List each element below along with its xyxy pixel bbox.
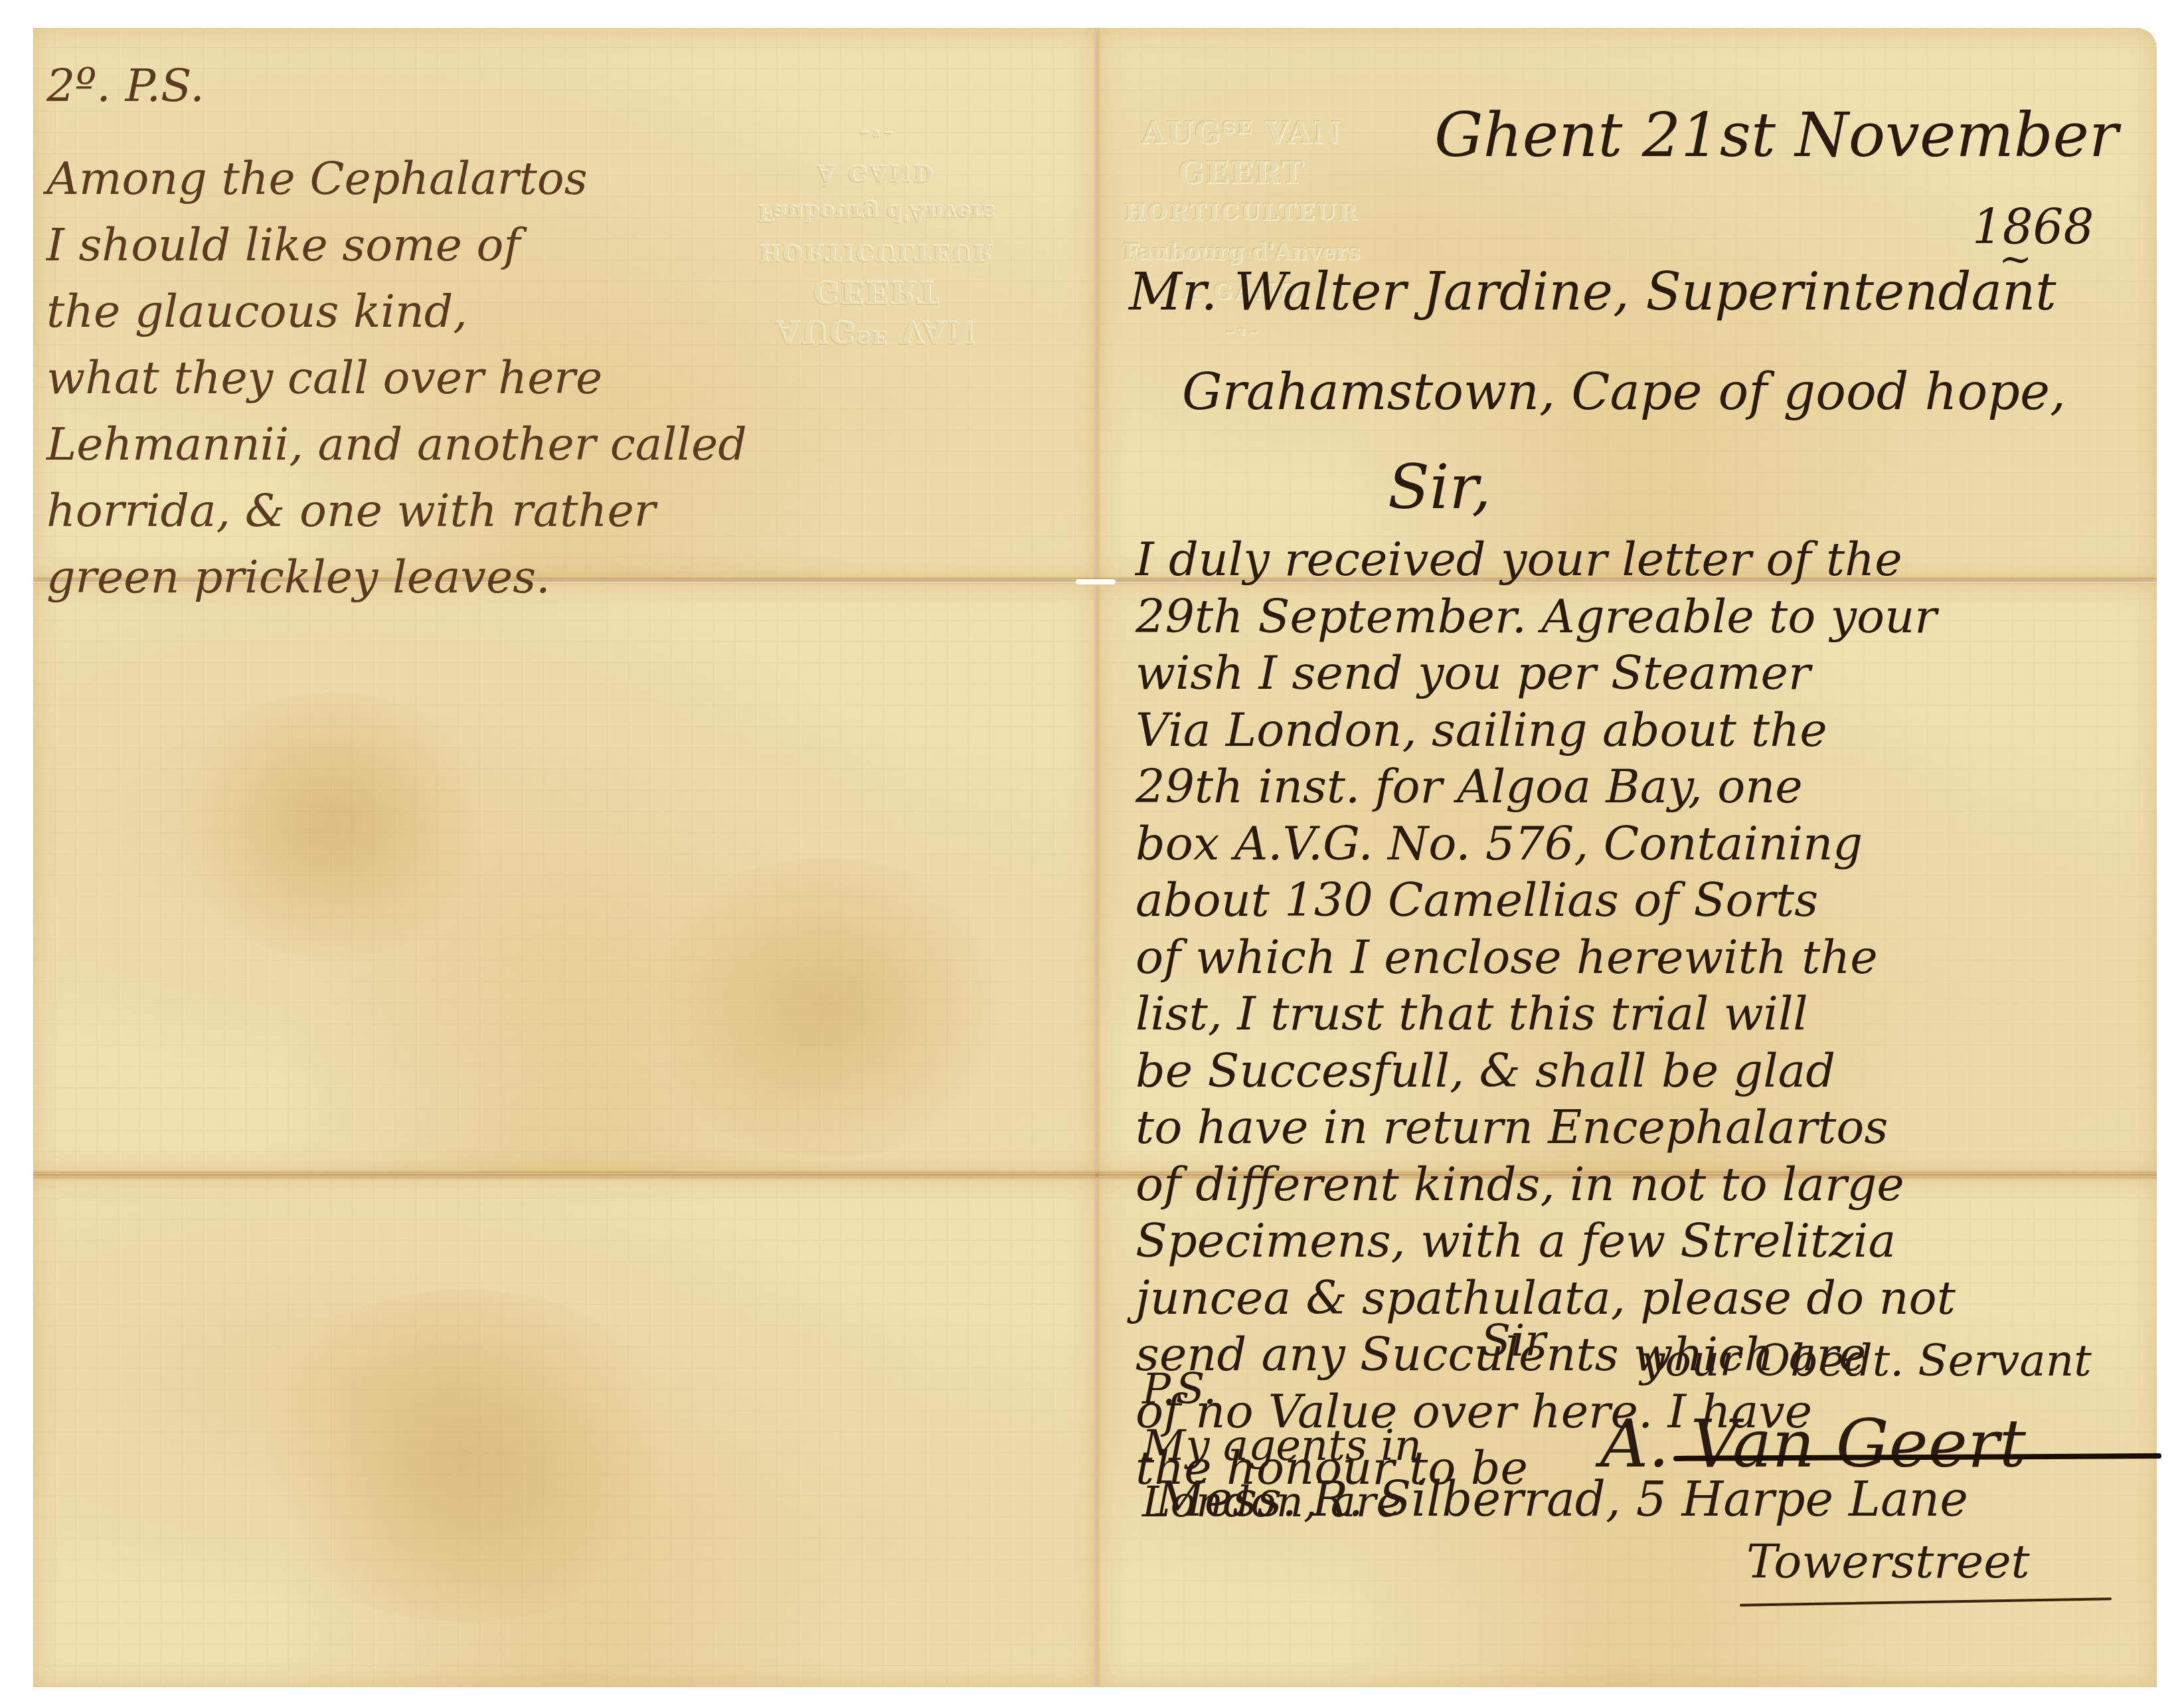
agent-street: Towerstreet <box>1746 1534 2030 1589</box>
postscript-line: the glaucous kind, <box>46 279 747 345</box>
body-line: 29th inst. for Algoa Bay, one <box>1135 759 1956 816</box>
body-line: be Succesfull, & shall be glad <box>1135 1043 1956 1100</box>
fold-tear <box>1076 579 1116 584</box>
letterhead-profession-reverse: HORTICULTEUR <box>744 232 1009 272</box>
body-line: wish I send you per Steamer <box>1135 645 1956 702</box>
postscript-line: what they call over here <box>46 345 747 412</box>
postscript-line: green prickley leaves. <box>46 545 747 611</box>
closing-phrase: your Obedt. Servant <box>1640 1335 2092 1386</box>
body-line: of different kinds, in not to large <box>1135 1156 1956 1213</box>
body-line: list, I trust that this trial will <box>1135 986 1956 1043</box>
foxing-stain <box>166 692 498 958</box>
postscript-heading: 2º. P.S. <box>46 53 747 120</box>
agent-name-address: Mess. R. Silberrad, 5 Harpe Lane <box>1155 1471 1968 1527</box>
second-postscript: 2º. P.S. Among the Cephalartos I should … <box>46 53 747 611</box>
vertical-fold-crease <box>1094 28 1100 1687</box>
year: 1868 <box>1972 199 2094 255</box>
addressee-location: Grahamstown, Cape of good hope, <box>1182 362 2066 421</box>
postscript-line: horrida, & one with rather <box>46 478 747 545</box>
letterhead-profession: HORTICULTEUR <box>1109 193 1375 232</box>
foxing-stain <box>232 1290 697 1622</box>
salutation: Sir, <box>1388 452 1491 523</box>
postscript-line: Among the Cephalartos <box>46 146 747 213</box>
body-line: Specimens, with a few Strelitzia <box>1135 1213 1956 1270</box>
body-line: of which I enclose herewith the <box>1135 929 1956 986</box>
spacer <box>46 120 747 146</box>
letterhead-ornament-reverse: — ❦ — <box>744 113 1009 153</box>
letterhead-street-reverse: Faubourg d'Anvers <box>744 193 1009 232</box>
postscript-line: My agents in <box>1142 1418 1422 1474</box>
foxing-stain <box>631 858 1029 1157</box>
body-line: I duly received your letter of the <box>1135 531 1956 588</box>
body-line: to have in return Encephalartos <box>1135 1099 1956 1156</box>
body-line: Via London, sailing about the <box>1135 702 1956 759</box>
body-line: box A.V.G. No. 576, Containing <box>1135 816 1956 873</box>
postscript-line: I should like some of <box>46 213 747 279</box>
closing-sir: Sir <box>1481 1315 1546 1366</box>
letterhead-name: AUGᵀᴱ VAN GEERT <box>1109 113 1375 193</box>
place-date: Ghent 21st November <box>1434 100 2118 171</box>
postscript-heading: P.S. <box>1142 1362 1422 1418</box>
letterhead-name-reverse: AUGᵀᴱ VAN GEERT <box>744 272 1009 352</box>
embossed-letterhead-reverse: AUGᵀᴱ VAN GEERT HORTICULTEUR Faubourg d'… <box>744 113 1009 352</box>
letterhead-city-reverse: À GAND <box>744 153 1009 193</box>
body-line: about 130 Camellias of Sorts <box>1135 872 1956 929</box>
addressee-name: Mr. Walter Jardine, Superintendant <box>1129 262 2057 322</box>
body-line: 29th September. Agreable to your <box>1135 588 1956 646</box>
postscript-line: Lehmannii, and another called <box>46 412 747 478</box>
